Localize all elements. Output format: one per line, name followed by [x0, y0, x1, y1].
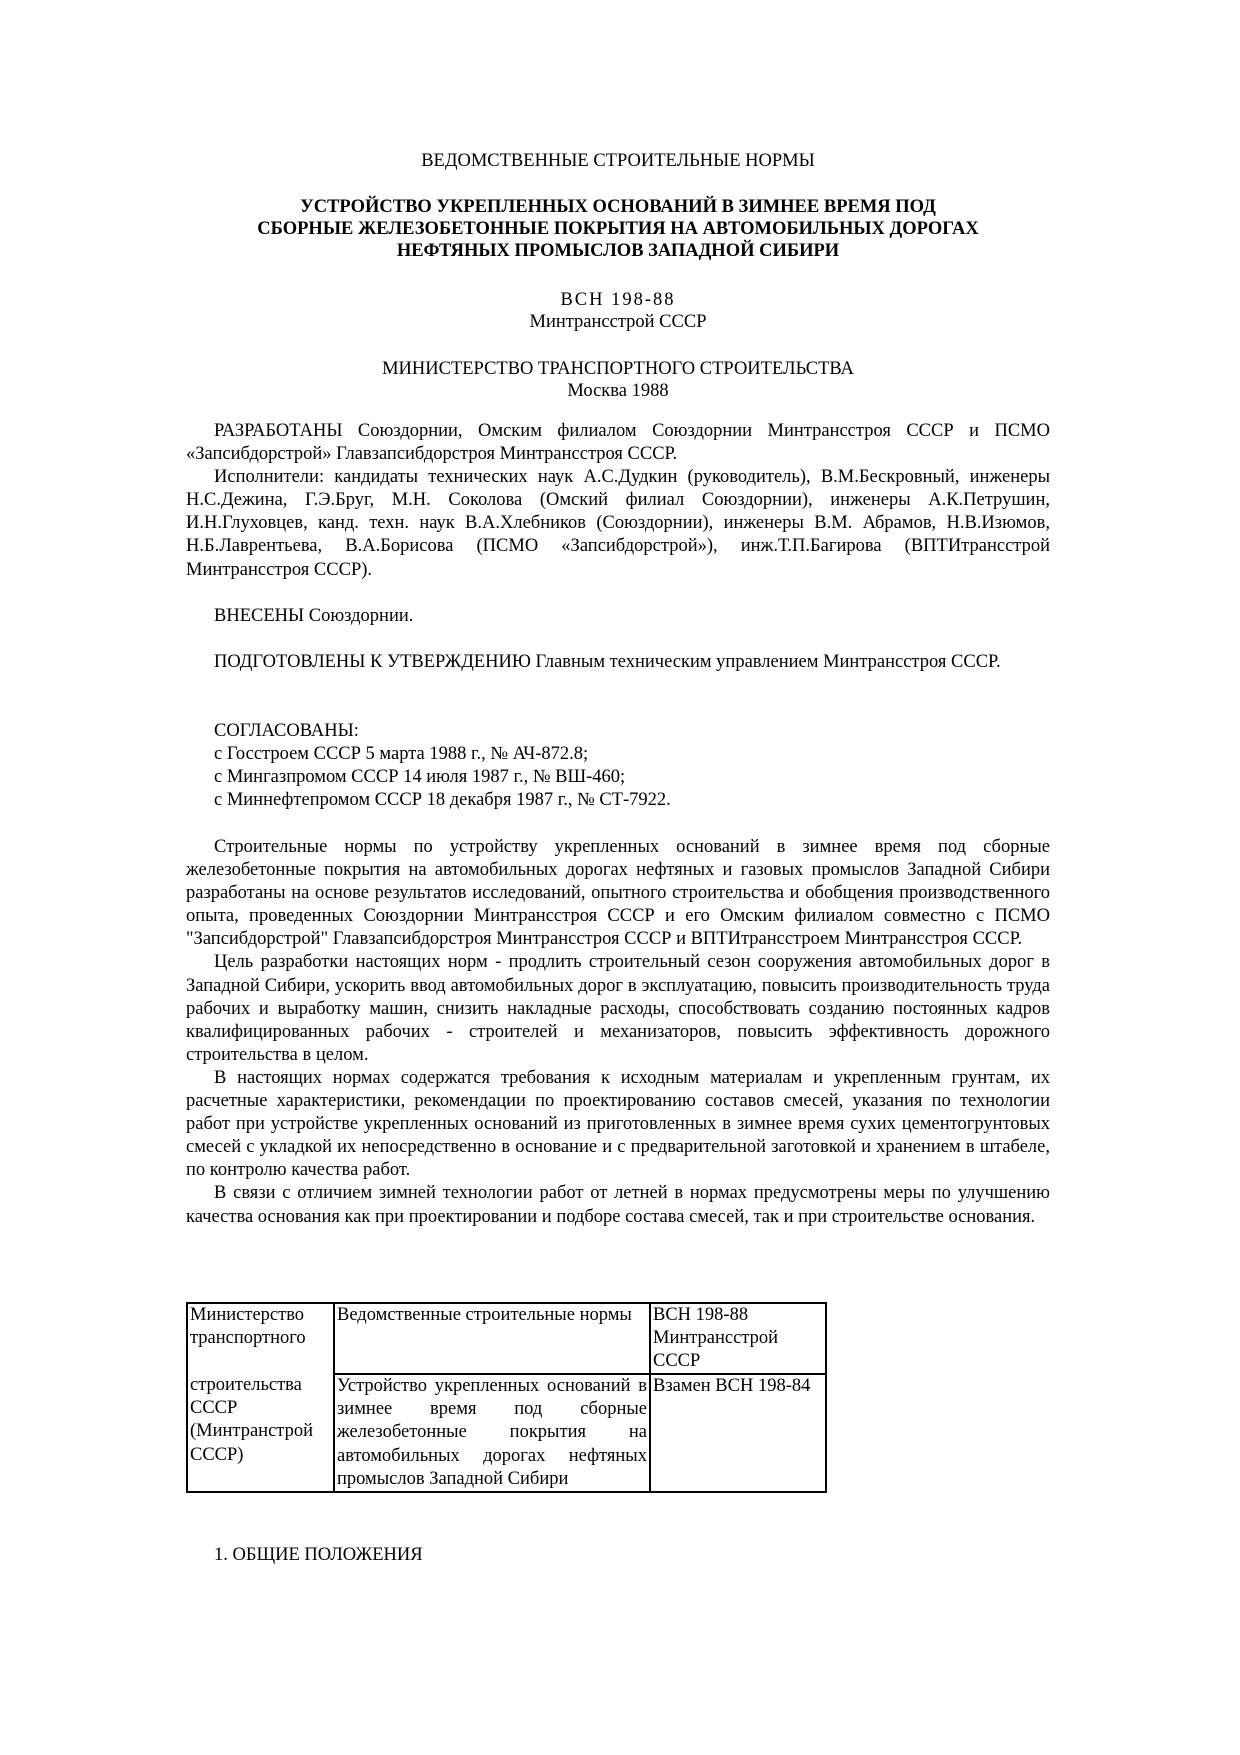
title-line: СБОРНЫЕ ЖЕЛЕЗОБЕТОННЫЕ ПОКРЫТИЯ НА АВТОМ…: [186, 218, 1050, 240]
table-row: Министерство транспортного Ведомственные…: [187, 1303, 826, 1374]
intro-block: Строительные нормы по устройству укрепле…: [186, 836, 1050, 1229]
credits-submitted: ВНЕСЕНЫ Союздорнии.: [186, 605, 1050, 628]
intro-paragraph: В настоящих нормах содержатся требования…: [186, 1067, 1050, 1182]
intro-paragraph: Строительные нормы по устройству укрепле…: [186, 836, 1050, 951]
ministry-block: МИНИСТЕРСТВО ТРАНСПОРТНОГО СТРОИТЕЛЬСТВА…: [186, 358, 1050, 402]
document-title: УСТРОЙСТВО УКРЕПЛЕННЫХ ОСНОВАНИЙ В ЗИМНЕ…: [186, 196, 1050, 262]
agreed-item: с Госстроем СССР 5 марта 1988 г., № АЧ-8…: [186, 743, 1050, 766]
credits-prepared: ПОДГОТОВЛЕНЫ К УТВЕРЖДЕНИЮ Главным техни…: [186, 651, 1050, 674]
title-line: УСТРОЙСТВО УКРЕПЛЕННЫХ ОСНОВАНИЙ В ЗИМНЕ…: [186, 196, 1050, 218]
issuer: Минтрансстрой СССР: [186, 311, 1050, 333]
credits-developed-block: РАЗРАБОТАНЫ Союздорнии, Омским филиалом …: [186, 420, 1050, 582]
section-heading: 1. ОБЩИЕ ПОЛОЖЕНИЯ: [214, 1544, 423, 1566]
intro-paragraph: Цель разработки настоящих норм - продлит…: [186, 951, 1050, 1066]
agreed-item: с Миннефтепромом СССР 18 декабря 1987 г.…: [186, 789, 1050, 812]
table-cell-replaces: Взамен ВСН 198-84: [650, 1374, 826, 1491]
agreed-item: с Мингазпромом СССР 14 июля 1987 г., № В…: [186, 766, 1050, 789]
department-label: ВЕДОМСТВЕННЫЕ СТРОИТЕЛЬНЫЕ НОРМЫ: [186, 150, 1050, 172]
agreed-label: СОГЛАСОВАНЫ:: [186, 720, 1050, 743]
intro-paragraph: В связи с отличием зимней технологии раб…: [186, 1182, 1050, 1228]
agreed-block: СОГЛАСОВАНЫ: с Госстроем СССР 5 марта 19…: [186, 720, 1050, 812]
city-year: Москва 1988: [186, 380, 1050, 402]
credits-executors: Исполнители: кандидаты технических наук …: [186, 466, 1050, 581]
credits-prepared-block: ПОДГОТОВЛЕНЫ К УТВЕРЖДЕНИЮ Главным техни…: [186, 651, 1050, 674]
credits-developed: РАЗРАБОТАНЫ Союздорнии, Омским филиалом …: [186, 420, 1050, 466]
title-line: НЕФТЯНЫХ ПРОМЫСЛОВ ЗАПАДНОЙ СИБИРИ: [186, 240, 1050, 262]
table-row: строительства СССР (Минтранстрой СССР) У…: [187, 1374, 826, 1491]
table-cell-norm-title: Устройство укрепленных оснований в зимне…: [334, 1374, 650, 1491]
table-cell-ministry-top: Министерство транспортного: [187, 1303, 334, 1374]
table-cell-norm-code: ВСН 198-88 Минтрансстрой СССР: [650, 1303, 826, 1374]
ministry-name: МИНИСТЕРСТВО ТРАНСПОРТНОГО СТРОИТЕЛЬСТВА: [186, 358, 1050, 380]
table-cell-ministry-bottom: строительства СССР (Минтранстрой СССР): [187, 1374, 334, 1491]
table-cell-norm-type: Ведомственные строительные нормы: [334, 1303, 650, 1374]
credits-submitted-block: ВНЕСЕНЫ Союздорнии.: [186, 605, 1050, 628]
title-table: Министерство транспортного Ведомственные…: [186, 1302, 827, 1493]
document-code-block: ВСН 198-88 Минтрансстрой СССР: [186, 289, 1050, 333]
document-code: ВСН 198-88: [186, 289, 1050, 311]
